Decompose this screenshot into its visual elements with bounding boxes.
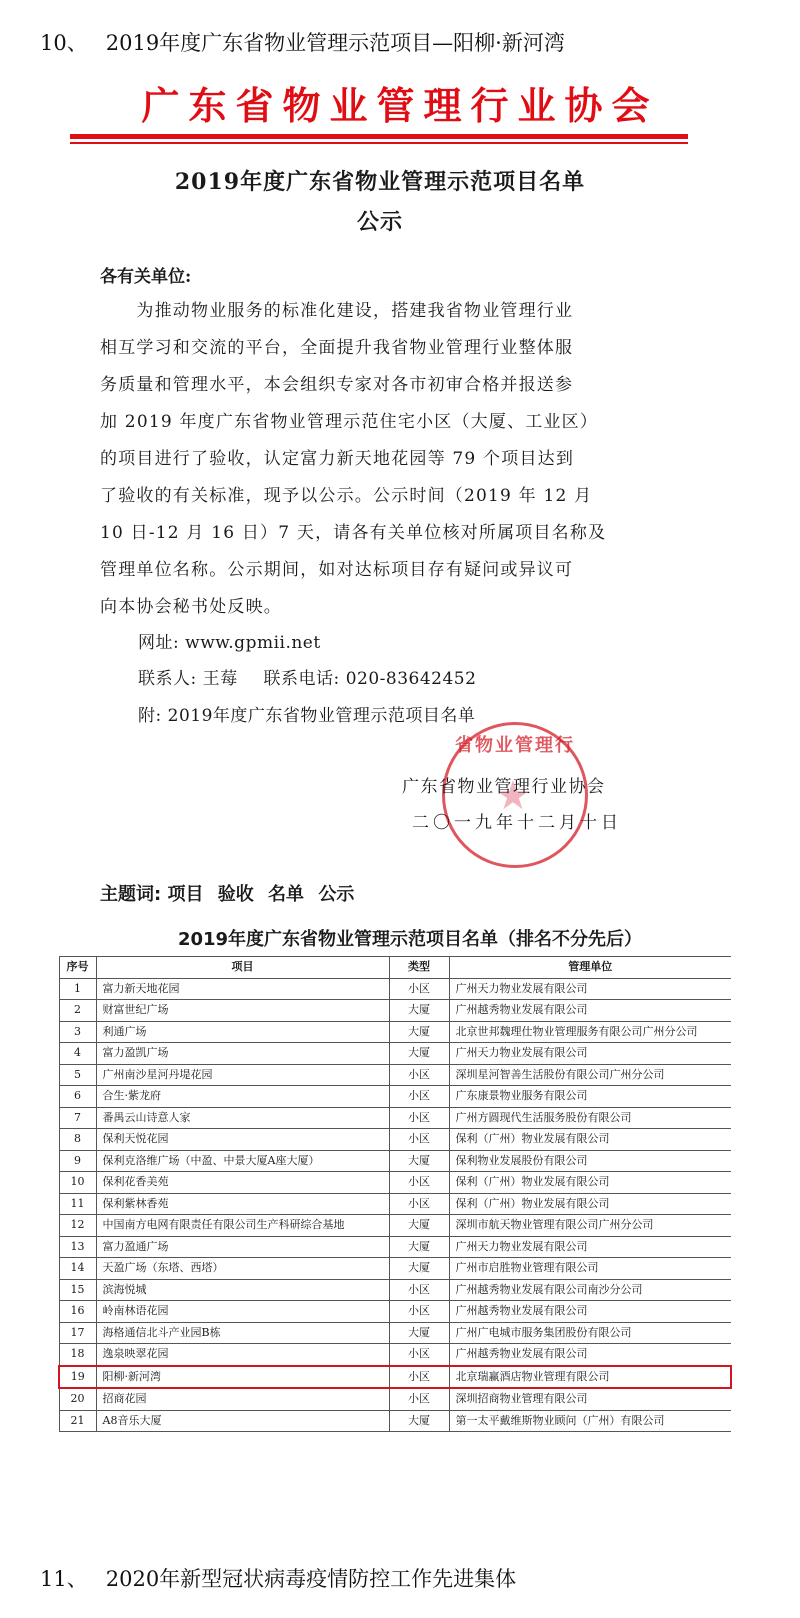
table-row: 10保利花香美苑小区保利（广州）物业发展有限公司 bbox=[59, 1172, 731, 1194]
cell-type: 小区 bbox=[389, 1064, 449, 1086]
body-line: 了验收的有关标准，现予以公示。公示时间（2019 年 12 月 bbox=[100, 481, 592, 506]
cell-manager: 深圳市航天物业管理有限公司广州分公司 bbox=[449, 1215, 731, 1237]
body-line: 10 日-12 月 16 日）7 天，请各有关单位核对所属项目名称及 bbox=[100, 518, 606, 543]
cell-type: 小区 bbox=[389, 1301, 449, 1323]
table-row: 12中国南方电网有限责任有限公司生产科研综合基地大厦深圳市航天物业管理有限公司广… bbox=[59, 1215, 731, 1237]
cell-number: 16 bbox=[59, 1301, 96, 1323]
body-line: 务质量和管理水平，本会组织专家对各市初审合格并报送参 bbox=[100, 370, 573, 395]
cell-number: 19 bbox=[59, 1366, 96, 1389]
cell-manager: 广州市启胜物业管理有限公司 bbox=[449, 1258, 731, 1280]
table-row: 9保利克洛维广场（中盈、中景大厦A座大厦）大厦保利物业发展股份有限公司 bbox=[59, 1150, 731, 1172]
cell-type: 大厦 bbox=[389, 1021, 449, 1043]
keyword: 项目 bbox=[167, 884, 203, 905]
table-row: 15滨海悦城小区广州越秀物业发展有限公司南沙分公司 bbox=[59, 1279, 731, 1301]
cell-manager: 广州越秀物业发展有限公司 bbox=[449, 1301, 731, 1323]
cell-number: 3 bbox=[59, 1021, 96, 1043]
cell-project: 合生·紫龙府 bbox=[96, 1086, 389, 1108]
cell-number: 21 bbox=[59, 1410, 96, 1432]
body-line: 管理单位名称。公示期间，如对达标项目存有疑问或异议可 bbox=[100, 555, 573, 580]
cell-project: 保利花香美苑 bbox=[96, 1172, 389, 1194]
cell-project: 天盈广场（东塔、西塔） bbox=[96, 1258, 389, 1280]
cell-type: 大厦 bbox=[389, 1410, 449, 1432]
table-row: 13富力盈通广场大厦广州天力物业发展有限公司 bbox=[59, 1236, 731, 1258]
cell-project: 富力盈通广场 bbox=[96, 1236, 389, 1258]
cell-project: 海格通信北斗产业园B栋 bbox=[96, 1322, 389, 1344]
cell-manager: 保利（广州）物业发展有限公司 bbox=[449, 1172, 731, 1194]
column-header-project: 项目 bbox=[96, 957, 389, 979]
body-line: 为推动物业服务的标准化建设，搭建我省物业管理行业 bbox=[100, 296, 573, 321]
table-row: 5广州南沙星河丹堤花园小区深圳星河智善生活股份有限公司广州分公司 bbox=[59, 1064, 731, 1086]
letterhead-divider-thick bbox=[70, 134, 688, 139]
table-row: 6合生·紫龙府小区广东康景物业服务有限公司 bbox=[59, 1086, 731, 1108]
body-line: 相互学习和交流的平台，全面提升我省物业管理行业整体服 bbox=[100, 333, 573, 358]
seal-text: 省物业管理行 bbox=[445, 731, 585, 757]
cell-project: 阳柳·新河湾 bbox=[96, 1366, 389, 1389]
cell-type: 大厦 bbox=[389, 1150, 449, 1172]
cell-project: 滨海悦城 bbox=[96, 1279, 389, 1301]
keywords-label: 主题词: bbox=[100, 884, 161, 905]
cell-type: 大厦 bbox=[389, 1000, 449, 1022]
section-number: 11、 bbox=[40, 1567, 88, 1591]
cell-manager: 广州越秀物业发展有限公司 bbox=[449, 1000, 731, 1022]
table-row: 17海格通信北斗产业园B栋大厦广州广电城市服务集团股份有限公司 bbox=[59, 1322, 731, 1344]
project-list-table: 序号 项目 类型 管理单位 1富力新天地花园小区广州天力物业发展有限公司2财富世… bbox=[58, 956, 732, 1432]
cell-number: 11 bbox=[59, 1193, 96, 1215]
cell-type: 小区 bbox=[389, 1344, 449, 1366]
table-row: 18逸泉映翠花园小区广州越秀物业发展有限公司 bbox=[59, 1344, 731, 1366]
cell-number: 5 bbox=[59, 1064, 96, 1086]
section-heading-10: 10、2019年度广东省物业管理示范项目—阳柳·新河湾 bbox=[40, 27, 565, 57]
cell-number: 6 bbox=[59, 1086, 96, 1108]
column-header-type: 类型 bbox=[389, 957, 449, 979]
table-row: 14天盈广场（东塔、西塔）大厦广州市启胜物业管理有限公司 bbox=[59, 1258, 731, 1280]
table-row: 20招商花园小区深圳招商物业管理有限公司 bbox=[59, 1388, 731, 1410]
cell-type: 小区 bbox=[389, 1086, 449, 1108]
contact-name: 王莓 bbox=[203, 669, 238, 689]
cell-project: 中国南方电网有限责任有限公司生产科研综合基地 bbox=[96, 1215, 389, 1237]
cell-project: 岭南林语花园 bbox=[96, 1301, 389, 1323]
cell-manager: 广州越秀物业发展有限公司 bbox=[449, 1344, 731, 1366]
cell-type: 大厦 bbox=[389, 1236, 449, 1258]
cell-number: 1 bbox=[59, 978, 96, 1000]
body-line: 的项目进行了验收，认定富力新天地花园等 79 个项目达到 bbox=[100, 444, 574, 469]
cell-project: 保利天悦花园 bbox=[96, 1129, 389, 1151]
cell-manager: 广州天力物业发展有限公司 bbox=[449, 978, 731, 1000]
table-row: 4富力盈凯广场大厦广州天力物业发展有限公司 bbox=[59, 1043, 731, 1065]
cell-number: 12 bbox=[59, 1215, 96, 1237]
keyword: 名单 bbox=[268, 884, 304, 905]
cell-type: 小区 bbox=[389, 1172, 449, 1194]
cell-project: 番禺云山诗意人家 bbox=[96, 1107, 389, 1129]
table-row: 21A8音乐大厦大厦第一太平戴维斯物业顾问（广州）有限公司 bbox=[59, 1410, 731, 1432]
cell-number: 13 bbox=[59, 1236, 96, 1258]
contact-label: 联系人: bbox=[138, 669, 197, 689]
table-header-row: 序号 项目 类型 管理单位 bbox=[59, 957, 731, 979]
cell-type: 小区 bbox=[389, 1366, 449, 1389]
signature-date: 二〇一九年十二月十日 bbox=[412, 808, 622, 833]
contact-line: 联系人: 王莓 联系电话: 020-83642452 bbox=[138, 664, 476, 689]
org-letterhead: 广东省物业管理行业协会 bbox=[70, 75, 730, 130]
section-heading-11: 11、2020年新型冠状病毒疫情防控工作先进集体 bbox=[40, 1563, 516, 1593]
cell-number: 9 bbox=[59, 1150, 96, 1172]
table-title: 2019年度广东省物业管理示范项目名单（排名不分先后） bbox=[90, 925, 730, 951]
cell-project: 财富世纪广场 bbox=[96, 1000, 389, 1022]
cell-number: 10 bbox=[59, 1172, 96, 1194]
table-row: 8保利天悦花园小区保利（广州）物业发展有限公司 bbox=[59, 1129, 731, 1151]
cell-project: 逸泉映翠花园 bbox=[96, 1344, 389, 1366]
cell-manager: 深圳星河智善生活股份有限公司广州分公司 bbox=[449, 1064, 731, 1086]
cell-project: 富力盈凯广场 bbox=[96, 1043, 389, 1065]
letterhead-divider-thin bbox=[70, 142, 688, 144]
cell-type: 大厦 bbox=[389, 1043, 449, 1065]
body-line: 加 2019 年度广东省物业管理示范住宅小区（大厦、工业区） bbox=[100, 407, 598, 432]
cell-manager: 广州越秀物业发展有限公司南沙分公司 bbox=[449, 1279, 731, 1301]
table-row: 7番禺云山诗意人家小区广州方圆现代生活服务股份有限公司 bbox=[59, 1107, 731, 1129]
salutation: 各有关单位: bbox=[100, 262, 191, 287]
cell-manager: 广东康景物业服务有限公司 bbox=[449, 1086, 731, 1108]
document-subtitle: 公示 bbox=[100, 205, 660, 236]
cell-number: 2 bbox=[59, 1000, 96, 1022]
cell-project: A8音乐大厦 bbox=[96, 1410, 389, 1432]
cell-project: 保利紫林香苑 bbox=[96, 1193, 389, 1215]
cell-manager: 北京世邦魏理仕物业管理服务有限公司广州分公司 bbox=[449, 1021, 731, 1043]
cell-manager: 广州广电城市服务集团股份有限公司 bbox=[449, 1322, 731, 1344]
cell-manager: 保利（广州）物业发展有限公司 bbox=[449, 1129, 731, 1151]
cell-type: 小区 bbox=[389, 1193, 449, 1215]
cell-type: 小区 bbox=[389, 1107, 449, 1129]
phone-number: 020-83642452 bbox=[346, 669, 477, 689]
website-line: 网址: www.gpmii.net bbox=[138, 628, 321, 653]
cell-manager: 广州方圆现代生活服务股份有限公司 bbox=[449, 1107, 731, 1129]
cell-project: 富力新天地花园 bbox=[96, 978, 389, 1000]
keyword: 公示 bbox=[318, 884, 354, 905]
cell-project: 利通广场 bbox=[96, 1021, 389, 1043]
table-row-highlighted: 19阳柳·新河湾小区北京瑞赢酒店物业管理有限公司 bbox=[59, 1366, 731, 1389]
cell-number: 15 bbox=[59, 1279, 96, 1301]
section-title: 2019年度广东省物业管理示范项目—阳柳·新河湾 bbox=[106, 31, 565, 55]
cell-type: 大厦 bbox=[389, 1258, 449, 1280]
body-line: 向本协会秘书处反映。 bbox=[100, 592, 282, 617]
attachment-title: 2019年度广东省物业管理示范项目名单 bbox=[168, 706, 476, 726]
column-header-manager: 管理单位 bbox=[449, 957, 731, 979]
website-link: www.gpmii.net bbox=[185, 633, 321, 653]
document-title: 2019年度广东省物业管理示范项目名单 bbox=[100, 165, 660, 196]
cell-number: 20 bbox=[59, 1388, 96, 1410]
attachment-label: 附: bbox=[138, 706, 162, 726]
cell-manager: 第一太平戴维斯物业顾问（广州）有限公司 bbox=[449, 1410, 731, 1432]
keywords-line: 主题词: 项目 验收 名单 公示 bbox=[100, 880, 362, 906]
table-row: 11保利紫林香苑小区保利（广州）物业发展有限公司 bbox=[59, 1193, 731, 1215]
cell-type: 小区 bbox=[389, 978, 449, 1000]
cell-number: 17 bbox=[59, 1322, 96, 1344]
cell-project: 招商花园 bbox=[96, 1388, 389, 1410]
cell-project: 广州南沙星河丹堤花园 bbox=[96, 1064, 389, 1086]
cell-manager: 深圳招商物业管理有限公司 bbox=[449, 1388, 731, 1410]
section-title: 2020年新型冠状病毒疫情防控工作先进集体 bbox=[106, 1567, 516, 1591]
keyword: 验收 bbox=[218, 884, 254, 905]
website-label: 网址: bbox=[138, 633, 179, 653]
cell-number: 4 bbox=[59, 1043, 96, 1065]
cell-type: 大厦 bbox=[389, 1215, 449, 1237]
table-row: 2财富世纪广场大厦广州越秀物业发展有限公司 bbox=[59, 1000, 731, 1022]
cell-number: 14 bbox=[59, 1258, 96, 1280]
column-header-number: 序号 bbox=[59, 957, 96, 979]
table-row: 3利通广场大厦北京世邦魏理仕物业管理服务有限公司广州分公司 bbox=[59, 1021, 731, 1043]
table-row: 1富力新天地花园小区广州天力物业发展有限公司 bbox=[59, 978, 731, 1000]
cell-number: 8 bbox=[59, 1129, 96, 1151]
cell-type: 小区 bbox=[389, 1129, 449, 1151]
table-row: 16岭南林语花园小区广州越秀物业发展有限公司 bbox=[59, 1301, 731, 1323]
cell-type: 大厦 bbox=[389, 1322, 449, 1344]
cell-manager: 保利物业发展股份有限公司 bbox=[449, 1150, 731, 1172]
cell-manager: 保利（广州）物业发展有限公司 bbox=[449, 1193, 731, 1215]
cell-manager: 北京瑞赢酒店物业管理有限公司 bbox=[449, 1366, 731, 1389]
cell-manager: 广州天力物业发展有限公司 bbox=[449, 1236, 731, 1258]
cell-number: 18 bbox=[59, 1344, 96, 1366]
cell-type: 小区 bbox=[389, 1388, 449, 1410]
cell-project: 保利克洛维广场（中盈、中景大厦A座大厦） bbox=[96, 1150, 389, 1172]
signature-org: 广东省物业管理行业协会 bbox=[402, 772, 606, 797]
section-number: 10、 bbox=[40, 31, 88, 55]
phone-label: 联系电话: bbox=[264, 669, 340, 689]
attachment-line: 附: 2019年度广东省物业管理示范项目名单 bbox=[138, 701, 475, 726]
cell-type: 小区 bbox=[389, 1279, 449, 1301]
cell-manager: 广州天力物业发展有限公司 bbox=[449, 1043, 731, 1065]
cell-number: 7 bbox=[59, 1107, 96, 1129]
